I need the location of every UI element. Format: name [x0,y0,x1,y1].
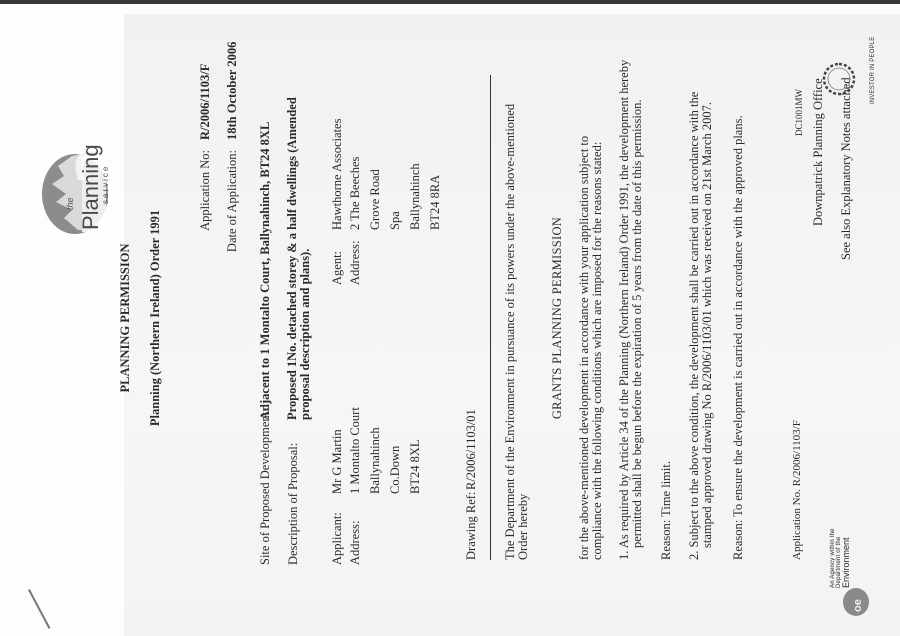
applicant-address-line: Co.Down [388,446,402,494]
site-value: Adjacent to 1 Montalto Court, Ballynahin… [258,122,272,420]
svg-text:Planning: Planning [78,144,103,230]
condition-2-reason: Reason: To ensure the development is car… [731,115,745,560]
agent-address-line: BT24 8RA [428,175,442,230]
legislation-title: Planning (Northern Ireland) Order 1991 [148,0,162,636]
svg-text:service: service [101,165,110,204]
svg-text:oe: oe [852,599,864,612]
agency-line: Environment [841,537,851,588]
document-title: PLANNING PERMISSION [118,0,132,636]
agent-address-line: Spa [388,211,402,230]
section-divider [490,75,491,560]
grants-heading: GRANTS PLANNING PERMISSION [550,0,564,636]
form-code: DC1001MW [792,89,806,136]
site-label: Site of Proposed Development: [258,408,272,565]
applicant-address-line: Ballynahinch [368,427,382,494]
investor-in-people-seal-icon [818,58,860,100]
explanatory-notes: See also Explanatory Notes attached [839,77,853,260]
applicant-address-line: BT24 8XL [408,439,422,494]
footer-application-ref: Application No. R/2006/1103/F [790,420,804,560]
svg-text:the: the [65,197,75,210]
drawing-ref-value: R/2006/1103/01 [464,409,478,490]
agent-label: Agent: [330,251,344,285]
agent-address-label: Address: [348,241,362,285]
condition-1-reason: Reason: Time limit. [659,461,673,560]
date-of-application-label: Date of Application: [225,150,239,336]
description-value: Proposed 1No. detached storey & a half d… [286,70,312,420]
agent-address-line: Ballynahinch [408,163,422,230]
applicant-address-label: Address: [348,521,362,565]
description-label: Description of Proposal: [286,443,300,565]
application-no-value: R/2006/1103/F [198,64,212,140]
agent-address-line: 2 The Beeches [348,157,362,230]
planning-permission-document: the Planning service PLANNING PERMISSION… [0,0,900,636]
grant-paragraph: for the above-mentioned development in a… [578,80,604,560]
condition-2: 2. Subject to the above condition, the d… [688,53,714,560]
agent-name: Hawthorne Associates [330,119,344,230]
investor-in-people-label: INVESTOR IN PEOPLE [866,36,880,104]
drawing-ref-label: Drawing Ref: [464,492,478,560]
application-no-label: Application No: [198,150,212,336]
planning-office: Downpatrick Planning Office [811,78,825,226]
applicant-address-line: 1 Montalto Court [348,407,362,494]
planning-service-logo-icon: the Planning service [38,144,112,240]
condition-1: 1. As required by Article 34 of the Plan… [618,58,644,560]
intro-paragraph: The Department of the Environment in pur… [504,90,530,560]
agent-address-line: Grove Road [368,169,382,230]
date-of-application-value: 18th October 2006 [225,42,239,140]
applicant-name: Mr G Martin [330,429,344,494]
applicant-label: Applicant: [330,512,344,565]
